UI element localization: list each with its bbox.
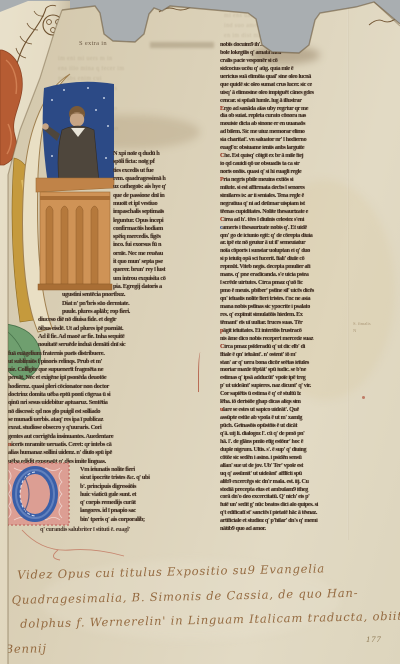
text-line: bin' tperis q' ais corporalib;: [80, 516, 220, 524]
rubric-initial: P: [220, 177, 223, 183]
rubric-initial: C: [220, 217, 224, 223]
text-line: nouitatē seruēde induā demāti dnī sic: [38, 341, 217, 349]
text-line: res. q' expīmit simulatōis hiedem. Ex: [220, 312, 336, 320]
text-line: pūch. Geīnasōis opūstōis ē ut dicāt: [220, 423, 336, 431]
text-line: p' ut uideānt' supieres. naz dicunt' q' …: [220, 383, 336, 391]
parchment-leaf: im eni mi uers m inens illo mina q fecer…: [0, 0, 400, 664]
manuscript-photo: im eni mi uers m inens illo mina q fecer…: [0, 0, 400, 664]
folio-number: 177: [366, 634, 382, 644]
text-line: moriar maxīe tēptāt' spū iudic. se b'ne: [220, 367, 336, 375]
margin-note-right: S. fimalisN: [353, 320, 371, 334]
text-line: noīa cōporis i sunstar uoluptan ei q' du…: [220, 248, 336, 256]
text-line: uisq' ā elimosine oleo impiguēt cānes gd…: [220, 90, 336, 98]
text-line: io qd cauidi qō ue obsuadis ta ca sir: [220, 161, 336, 169]
text-line: doctrinz domita uēba eptū ponti cōgrua ū…: [8, 391, 217, 399]
corner-flourish: [368, 13, 400, 31]
text-line: hodiernz. quasi pleri cōcionator non doc…: [8, 383, 217, 391]
rubric-initial: u: [220, 407, 223, 413]
rubric-initial: C: [220, 344, 224, 350]
text-line: puule. plures aplāb; rop fieri.: [62, 308, 217, 316]
text-line: pmo ē meuis. pbiber' pstīne sil' uicēs d…: [220, 288, 336, 296]
text-line: milute. si est affirmata decbs ī senores: [220, 185, 336, 193]
text-line: ōibus eisdē. Ut ad plures ipē pueniāt.: [38, 325, 217, 333]
text-line: querer. brun' rey ī lust: [113, 266, 217, 274]
text-line: diuceso diē nō diuisa fide. et degīr: [38, 316, 217, 324]
rubric-margin-dot: [362, 396, 365, 399]
text-line: pia. Egregij datoris a: [113, 283, 217, 291]
text-line: q' corpis remedijs curāt: [80, 499, 220, 507]
text-line: negratiua q' ni ad deūmar uispiam ist: [220, 201, 336, 209]
rubric-initial: n: [8, 441, 11, 448]
text-line: N xpi noīe q dudū h: [113, 150, 217, 158]
text-line: alib9 excercēgs sic dn'r mala. est. iij.…: [220, 479, 336, 487]
text-line: que de passione dnī in: [113, 192, 217, 200]
text-line: ulare se estes ut sapico uideāt'. Quē: [220, 407, 336, 415]
text-line: cralis pacie vesponēr si cō: [220, 58, 336, 66]
text-line: tēmant' eīs uī uultar. fruces suas. Tēr: [220, 320, 336, 328]
text-line: confirmacōis hodiam: [113, 225, 217, 233]
text-line: Circa pmaz psīderadū q' ut dic elb' di: [220, 344, 336, 352]
text-line: ornīe. Nec me reuēau: [113, 250, 217, 258]
cursive-annotation: Videz Opus cui titulus Expositio su9 Eva…: [3, 560, 397, 664]
text-line: uq q' assūmit' ut uideānt' afflīcti spū: [220, 471, 336, 479]
text-line: Ergo ad sanāda aīas uby regrtur qr me: [220, 106, 336, 114]
showthrough-text-right: mi ens uale imind suo amors qen im dist …: [224, 13, 330, 43]
text-line: dia ob suiat. repleta curato cōnora nas: [220, 113, 336, 121]
text-line: duple nigrum. Ultis. s'. ē sup' q' diuin…: [220, 447, 336, 455]
text-line: sidcocius ucōu q' aūg. quia mle ē: [220, 66, 336, 74]
text-line: Diat n' pn'bris sūo dermtate.: [62, 300, 217, 308]
text-line: cameris i thesaurizate nobis q'. Et uidē: [220, 225, 336, 233]
text-line: uz cathegoīs: ais hye q': [113, 183, 217, 191]
text-line: ad bilem. Sic me uiuz memorar elimo: [220, 129, 336, 137]
text-line: tēenas cupiditates. Nolite thesaurizate …: [220, 209, 336, 217]
text-line: qn' ieīuatis nolite fieri tristes. t'nc …: [220, 296, 336, 304]
incipit-closing-line: q' curandis salubriter ī stituti ē. euag…: [40, 526, 130, 533]
running-header: S extra in: [79, 40, 107, 47]
text-line: artificiale et studioz q' p'hilar' dn's …: [220, 518, 336, 526]
text-line: uericius suā elimōia qual' sine oleo luc…: [220, 74, 336, 82]
text-line: q'ā. uij li. dialogoz l'. cū q' de pmō p…: [220, 431, 336, 439]
text-line: ut sublimiōs f pinoris relinqs. Prub et …: [8, 358, 217, 366]
text-column-left: N xpi noīe q dudū hspōli ficta: noīg pft…: [8, 150, 217, 466]
crease-line: [347, 0, 349, 540]
text-line: noris onōis. quasi q' si hi euagli regle: [220, 169, 336, 177]
running-header-smudge: [150, 42, 214, 48]
text-line: ī scrēde uirtutes. Circa pmaz q'uō fic: [220, 280, 336, 288]
text-line: Cirea ad h'. tēes ī diuīnis celestez s'e…: [220, 217, 336, 225]
red-pen-flourish: [18, 528, 128, 562]
text-line: Che. Est quisq' cōigit ex br ā mile fiej: [220, 153, 336, 161]
text-line: stodiā precepta eīus et ambulam9 itheg: [220, 487, 336, 495]
text-line: alīan' sue ut de jov. Ub' Ter' vpoīe est: [220, 463, 336, 471]
decorated-initial-c: [2, 462, 72, 528]
text-line: hā. l'. de glāns pmīo etīg estōnr' hoc ē: [220, 439, 336, 447]
text-line: sicut ipocrite tristes &c. q' ubi: [80, 474, 220, 482]
text-line: assūpte estūe ab vpoīa ē ut m' xamīg: [220, 415, 336, 423]
text-line: nicerīs mramite ueruatis. Ceret: qr inte…: [8, 441, 217, 449]
text-line: langores. id ī pnapio sac: [80, 507, 220, 515]
text-line: Pria negris pbile meuins extiōs si: [220, 177, 336, 185]
text-line: nie. Colligite que supuenerīt fragmēta n…: [8, 366, 217, 374]
text-line: mouisie dicta ab sinone er en uuanaōs: [220, 121, 336, 129]
text-line: S. fimalis: [353, 320, 371, 327]
text-line: mi ens uale im: [224, 13, 330, 23]
text-line: lēha. iō derisiōe ghap dicas aliqs sim: [220, 399, 336, 407]
text-line: corā dn'o deo excercitatū. Q' nich' eis …: [220, 494, 336, 502]
text-line: nō discessi: qd nos glo puigil est solli…: [8, 408, 217, 416]
text-line: huic viaticū gule sunt. et: [80, 491, 220, 499]
text-line: qinū nri sesus uidebitur aptuaruz. Sentē…: [8, 399, 217, 407]
text-line: nobīs docuim9 ih'. si igitur vigigtes ad…: [220, 42, 336, 50]
incipit-section: Vm ieiunatis nolite fierisicut ipocrite …: [80, 466, 220, 524]
text-line: nātib9 quo ad amor.: [220, 526, 336, 534]
text-line: fuiē un' sedit g' nūc beatos dici aīo qu…: [220, 502, 336, 510]
text-line: euagl'o: obsiuame ieniis anbs larguite: [220, 145, 336, 153]
text-line: cōtōe sic sedēn i asino. i psidēn sensū: [220, 455, 336, 463]
text-line: pereāt. Nec et exigēne ipī psonēda deuot…: [8, 374, 217, 382]
text-line: rem. quadragessimā h: [113, 175, 217, 183]
text-line: sia charitat'. vn saluator nr' ī hodiern…: [220, 137, 336, 145]
text-line: ind suo amors q: [224, 23, 330, 33]
text-line: Cor sapiētis ū estima ē q' cē stultū īz: [220, 391, 336, 399]
text-line: impaschalis septimaīs: [113, 208, 217, 216]
text-line: si p ieiuīq opā sci fucerit. fīali' diuī…: [220, 256, 336, 264]
rubric-initial: p: [220, 328, 223, 334]
text-line: mans. q' pne eradicanda. s'e uicia pstea: [220, 272, 336, 280]
text-line: stan' ar q' uera bona dicōr seētas ieīuī…: [220, 360, 336, 368]
text-line: estimas q' ipsā adducūt' vpoīe ipē treg: [220, 375, 336, 383]
text-line: repmūt. Viteb negis. decepta pmulier afi: [220, 264, 336, 272]
text-line: qm' go de iciunio egit: q' de cōrepta di…: [220, 233, 336, 241]
text-line: pāgit ieīuitates. Et interiōis frustracō: [220, 328, 336, 336]
text-line: spōli ficta: noīg pf: [113, 158, 217, 166]
blue-initial: c: [220, 225, 222, 231]
text-line: alias humanaz sollini uidenz. n' diuīo s…: [8, 449, 217, 457]
text-line: spēiq mercedis. figēs: [113, 233, 217, 241]
text-line: exeat. studiose obsecro y q'uuraris. Cor…: [8, 424, 217, 432]
text-line: similares is: ar ii seniales. Tena regle…: [220, 193, 336, 201]
text-line: Ad il fie. Ad maoē ar fie. Inha sequitē: [38, 333, 217, 341]
rubric-initial: C: [220, 153, 224, 159]
text-line: im eni mi uers m in: [58, 56, 216, 66]
text-line: leguntur. Opus incepi: [113, 217, 217, 225]
text-line: um introu exquisita cō: [113, 275, 217, 283]
top-edge-flourish: [158, 4, 194, 16]
text-line: b'. principuis digressiōis: [80, 483, 220, 491]
text-line: cencar. si spūali lumīe. lug ā illustrar: [220, 98, 336, 106]
text-line: ties excedīs ut fue: [113, 167, 217, 175]
text-line: ar. ipē eiz nō geuiur ā ut il' semeuiatu…: [220, 240, 336, 248]
text-column-right: nobīs docuim9 ih'. si igitur vigigtes ad…: [220, 42, 336, 534]
text-line: que quidē sic oleo sumat crus lucer. sic…: [220, 82, 336, 90]
text-line: q't edificatī st' sanctēs ī pietatē hāc …: [220, 510, 336, 518]
text-line: se munadi uerbis. ataq' res ipa ī public…: [8, 416, 217, 424]
text-line: ugustini sentēcia pnortbuz.: [62, 291, 217, 299]
rubric-initial: E: [220, 106, 224, 112]
text-line: muoīt et ipī vestiuo: [113, 200, 217, 208]
text-line: mana nobis pstīnas sic ypocrite i psalat…: [220, 304, 336, 312]
text-line: fuā euāgelium fraternis pueīs distribuer…: [8, 350, 217, 358]
text-line: nis āme dico nobis recepert mercede suaz: [220, 336, 336, 344]
text-line: gentes aut corrigēda insinuantes. Aueden…: [8, 433, 217, 441]
text-line: bole lokegilis q' amata mēli: [220, 50, 336, 58]
text-line: inco. fui exorsus fū n: [113, 241, 217, 249]
text-line: Vm ieiunatis nolite fieri: [80, 466, 220, 474]
text-line: ffiale ē qn' ieīuānt'. n' ostent' iō m': [220, 352, 336, 360]
text-line: it quo mun' septa pse: [113, 258, 217, 266]
text-line: N: [353, 327, 371, 334]
